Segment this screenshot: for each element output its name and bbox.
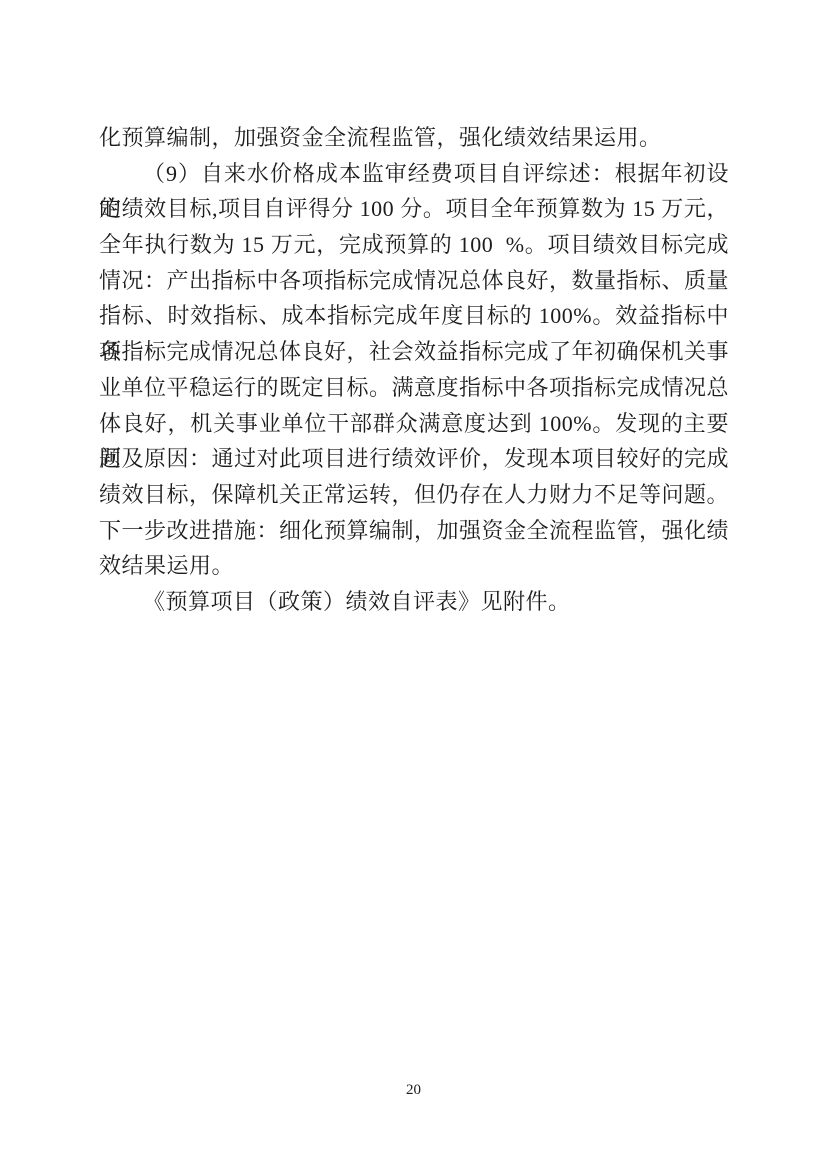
page-number: 20 [0, 1082, 827, 1099]
text-line: 全年执行数为 15 万元，完成预算的 100 %。项目绩效目标完成 [99, 227, 729, 263]
text-line: 情况：产出指标中各项指标完成情况总体良好，数量指标、质量 [99, 263, 729, 299]
body-text-block: 化预算编制，加强资金全流程监管，强化绩效结果运用。 （9）自来水价格成本监审经费… [99, 120, 729, 620]
text-line: 化预算编制，加强资金全流程监管，强化绩效结果运用。 [99, 120, 729, 156]
text-line: 下一步改进措施：细化预算编制，加强资金全流程监管，强化绩 [99, 513, 729, 549]
document-page: 化预算编制，加强资金全流程监管，强化绩效结果运用。 （9）自来水价格成本监审经费… [0, 0, 827, 1169]
text-line: 体良好，机关事业单位干部群众满意度达到 100%。发现的主要问 [99, 406, 729, 442]
text-line: 效结果运用。 [99, 548, 729, 584]
text-line: 的绩效目标,项目自评得分 100 分。项目全年预算数为 15 万元， [99, 191, 729, 227]
text-line: 业单位平稳运行的既定目标。满意度指标中各项指标完成情况总 [99, 370, 729, 406]
text-line: 项指标完成情况总体良好，社会效益指标完成了年初确保机关事 [99, 334, 729, 370]
text-line: 《预算项目（政策）绩效自评表》见附件。 [99, 584, 729, 620]
text-line: （9）自来水价格成本监审经费项目自评综述：根据年初设定 [99, 156, 729, 192]
text-line: 绩效目标，保障机关正常运转，但仍存在人力财力不足等问题。 [99, 477, 729, 513]
text-line: 指标、时效指标、成本指标完成年度目标的 100%。效益指标中各 [99, 298, 729, 334]
text-line: 题及原因：通过对此项目进行绩效评价，发现本项目较好的完成 [99, 441, 729, 477]
